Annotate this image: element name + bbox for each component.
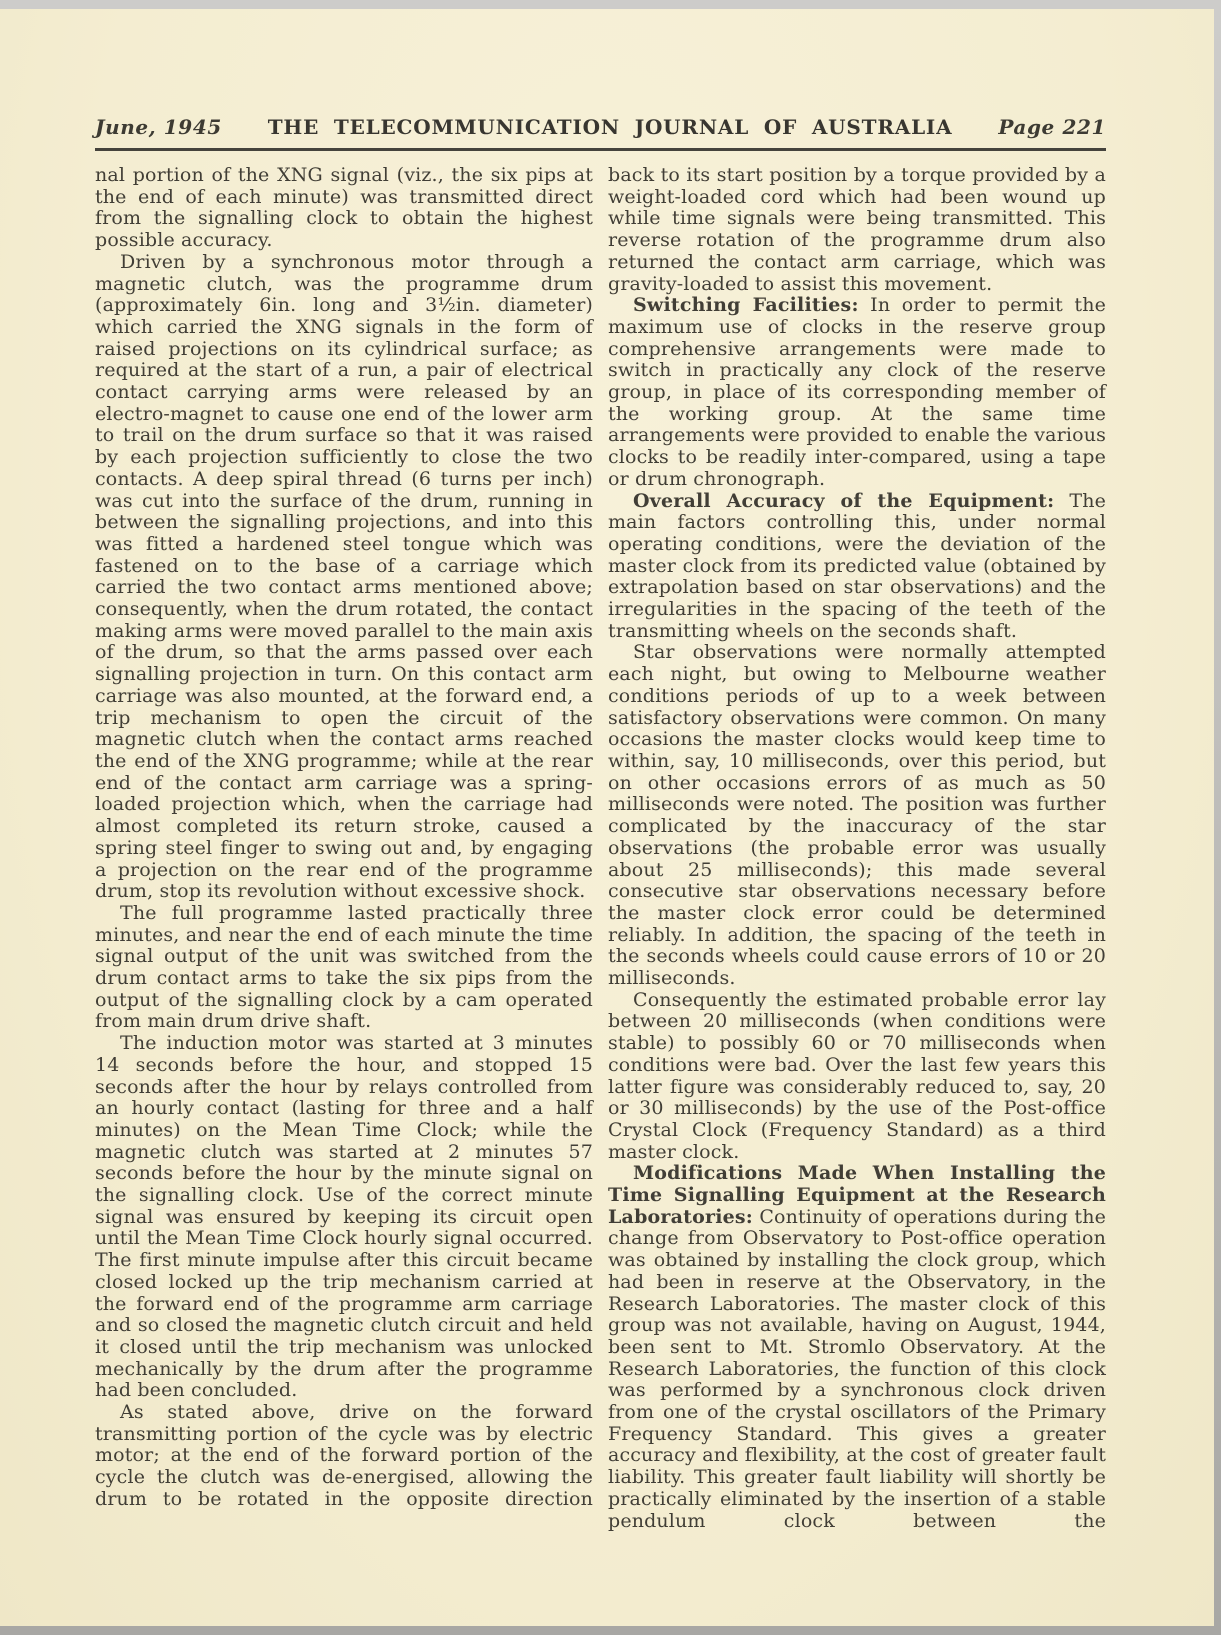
paragraph: Switching Facilities: In order to permit…: [608, 295, 1106, 490]
paragraph: nal portion of the XNG signal (viz., the…: [95, 165, 593, 252]
paragraph-text: Continuity of operations during the chan…: [608, 1206, 1106, 1532]
section-heading-overall-accuracy: Overall Accuracy of the Equipment:: [633, 490, 1054, 512]
paragraph: back to its start position by a torque p…: [608, 165, 1106, 295]
journal-title: THE TELECOMMUNICATION JOURNAL OF AUSTRAL…: [222, 115, 998, 139]
issue-date: June, 1945: [95, 115, 222, 139]
paragraph: Consequently the estimated probable erro…: [608, 990, 1106, 1164]
paragraph: As stated above, drive on the forward tr…: [95, 1402, 593, 1511]
page-header: June, 1945 THE TELECOMMUNICATION JOURNAL…: [95, 115, 1106, 151]
paragraph: Driven by a synchronous motor through a …: [95, 252, 593, 903]
paragraph: Modifications Made When Installing the T…: [608, 1163, 1106, 1532]
section-heading-switching-facilities: Switching Facilities:: [633, 294, 859, 316]
page-number: Page 221: [998, 115, 1106, 139]
right-column: back to its start position by a torque p…: [608, 165, 1106, 1532]
paragraph-text: The main factors controlling this, under…: [608, 490, 1106, 642]
paragraph: Overall Accuracy of the Equipment: The m…: [608, 491, 1106, 643]
left-column: nal portion of the XNG signal (viz., the…: [95, 165, 593, 1532]
paragraph: The induction motor was started at 3 min…: [95, 1033, 593, 1402]
journal-page: June, 1945 THE TELECOMMUNICATION JOURNAL…: [0, 9, 1214, 1626]
paragraph: Star observations were normally attempte…: [608, 642, 1106, 989]
paragraph: The full programme lasted practically th…: [95, 903, 593, 1033]
paragraph-text: In order to permit the maximum use of cl…: [608, 294, 1106, 490]
article-body: nal portion of the XNG signal (viz., the…: [95, 165, 1106, 1532]
